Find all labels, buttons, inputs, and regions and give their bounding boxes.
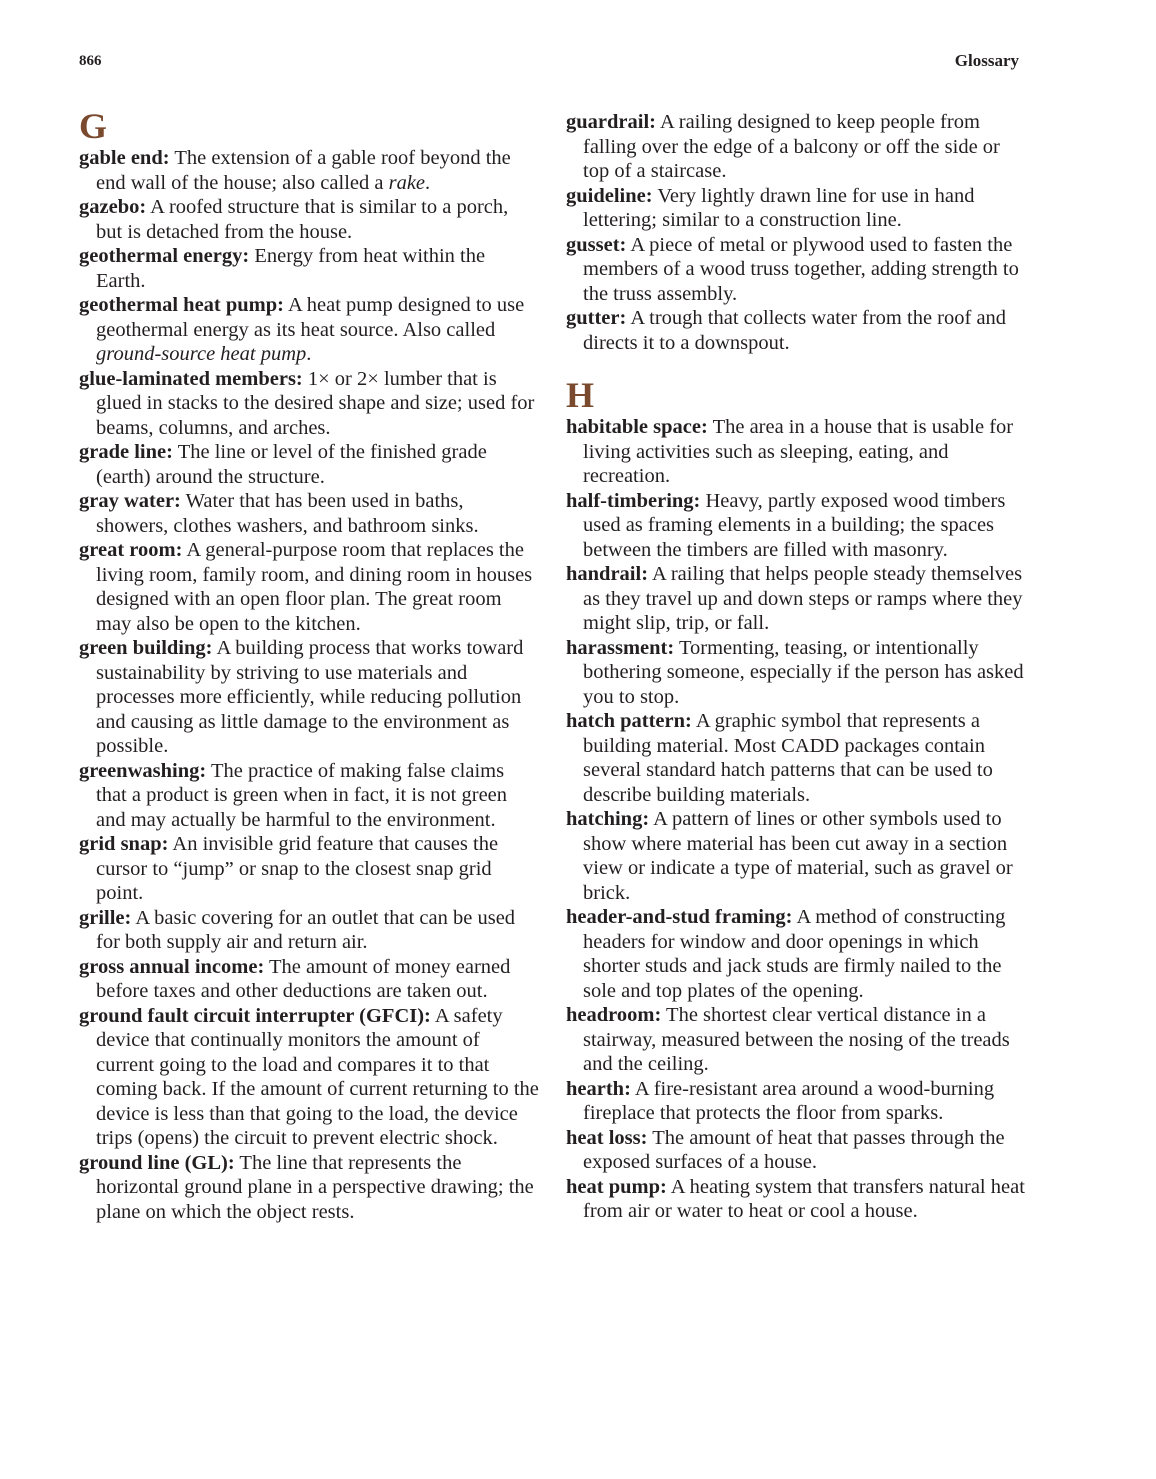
glossary-term: gray water: — [79, 490, 181, 512]
glossary-term: hearth: — [566, 1078, 631, 1100]
glossary-term: grade line: — [79, 441, 173, 463]
italic-term: rake — [389, 172, 425, 194]
glossary-term: headroom: — [566, 1004, 661, 1026]
glossary-term: gusset: — [566, 234, 626, 256]
glossary-term: grid snap: — [79, 833, 168, 855]
glossary-entry: hatching: A pattern of lines or other sy… — [566, 807, 1026, 905]
glossary-term: hatching: — [566, 808, 649, 830]
glossary-entry: ground fault circuit interrupter (GFCI):… — [79, 1004, 539, 1151]
glossary-term: grille: — [79, 907, 131, 929]
glossary-definition: A fire-resistant area around a wood-burn… — [583, 1078, 994, 1125]
glossary-entry: harassment: Tormenting, teasing, or inte… — [566, 636, 1026, 710]
glossary-entry: gutter: A trough that collects water fro… — [566, 306, 1026, 355]
glossary-term: geothermal heat pump: — [79, 294, 284, 316]
glossary-term: half-timbering: — [566, 490, 700, 512]
glossary-term: greenwashing: — [79, 760, 206, 782]
glossary-entry: geothermal heat pump: A heat pump design… — [79, 293, 539, 367]
glossary-term: guideline: — [566, 185, 653, 207]
glossary-entry: hearth: A fire-resistant area around a w… — [566, 1077, 1026, 1126]
glossary-entry: ground line (GL): The line that represen… — [79, 1151, 539, 1225]
glossary-entry: grid snap: An invisible grid feature tha… — [79, 832, 539, 906]
glossary-entry: handrail: A railing that helps people st… — [566, 562, 1026, 636]
italic-term: ground-source heat pump — [96, 343, 306, 365]
glossary-entry: heat pump: A heating system that transfe… — [566, 1175, 1026, 1224]
glossary-entry: grade line: The line or level of the fin… — [79, 440, 539, 489]
glossary-entry: habitable space: The area in a house tha… — [566, 415, 1026, 489]
glossary-term: geothermal energy: — [79, 245, 249, 267]
glossary-entry: geothermal energy: Energy from heat with… — [79, 244, 539, 293]
glossary-entry: greenwashing: The practice of making fal… — [79, 759, 539, 833]
glossary-definition: A basic covering for an outlet that can … — [96, 907, 515, 954]
glossary-term: gross annual income: — [79, 956, 264, 978]
glossary-entry: gazebo: A roofed structure that is simil… — [79, 195, 539, 244]
glossary-entry: gusset: A piece of metal or plywood used… — [566, 233, 1026, 307]
glossary-entry: header-and-stud framing: A method of con… — [566, 905, 1026, 1003]
section-letter-g: G — [79, 108, 539, 146]
punctuation: . — [306, 343, 311, 365]
glossary-definition: A roofed structure that is similar to a … — [96, 196, 508, 243]
glossary-entry: hatch pattern: A graphic symbol that rep… — [566, 709, 1026, 807]
glossary-term: header-and-stud framing: — [566, 906, 792, 928]
glossary-term: glue-laminated members: — [79, 368, 303, 390]
glossary-definition: A trough that collects water from the ro… — [583, 307, 1006, 354]
glossary-term: heat pump: — [566, 1176, 667, 1198]
glossary-entry: headroom: The shortest clear vertical di… — [566, 1003, 1026, 1077]
section-letter-h: H — [566, 377, 1026, 415]
glossary-entry: heat loss: The amount of heat that passe… — [566, 1126, 1026, 1175]
glossary-entry: grille: A basic covering for an outlet t… — [79, 906, 539, 955]
glossary-term: harassment: — [566, 637, 674, 659]
page-number: 866 — [79, 53, 102, 70]
glossary-entry: glue-laminated members: 1× or 2× lumber … — [79, 367, 539, 441]
glossary-definition: A piece of metal or plywood used to fast… — [583, 234, 1019, 305]
glossary-term: handrail: — [566, 563, 648, 585]
right-column: guardrail: A railing designed to keep pe… — [566, 110, 1026, 1224]
running-head: Glossary — [955, 51, 1019, 71]
glossary-term: ground fault circuit interrupter (GFCI): — [79, 1005, 431, 1027]
glossary-term: guardrail: — [566, 111, 656, 133]
glossary-definition: The amount of heat that passes through t… — [583, 1127, 1005, 1174]
glossary-entry: gable end: The extension of a gable roof… — [79, 146, 539, 195]
glossary-term: great room: — [79, 539, 182, 561]
glossary-term: gazebo: — [79, 196, 146, 218]
glossary-entry: green building: A building process that … — [79, 636, 539, 759]
glossary-entry: guardrail: A railing designed to keep pe… — [566, 110, 1026, 184]
glossary-entry: gross annual income: The amount of money… — [79, 955, 539, 1004]
glossary-definition: A railing that helps people steady thems… — [583, 563, 1023, 634]
glossary-term: gable end: — [79, 147, 170, 169]
glossary-entry: gray water: Water that has been used in … — [79, 489, 539, 538]
glossary-term: hatch pattern: — [566, 710, 692, 732]
glossary-entry: great room: A general-purpose room that … — [79, 538, 539, 636]
glossary-term: ground line (GL): — [79, 1152, 235, 1174]
glossary-term: heat loss: — [566, 1127, 647, 1149]
punctuation: . — [425, 172, 430, 194]
glossary-term: gutter: — [566, 307, 626, 329]
glossary-entry: guideline: Very lightly drawn line for u… — [566, 184, 1026, 233]
left-column: G gable end: The extension of a gable ro… — [79, 108, 539, 1224]
glossary-entry: half-timbering: Heavy, partly exposed wo… — [566, 489, 1026, 563]
glossary-term: habitable space: — [566, 416, 708, 438]
glossary-term: green building: — [79, 637, 212, 659]
